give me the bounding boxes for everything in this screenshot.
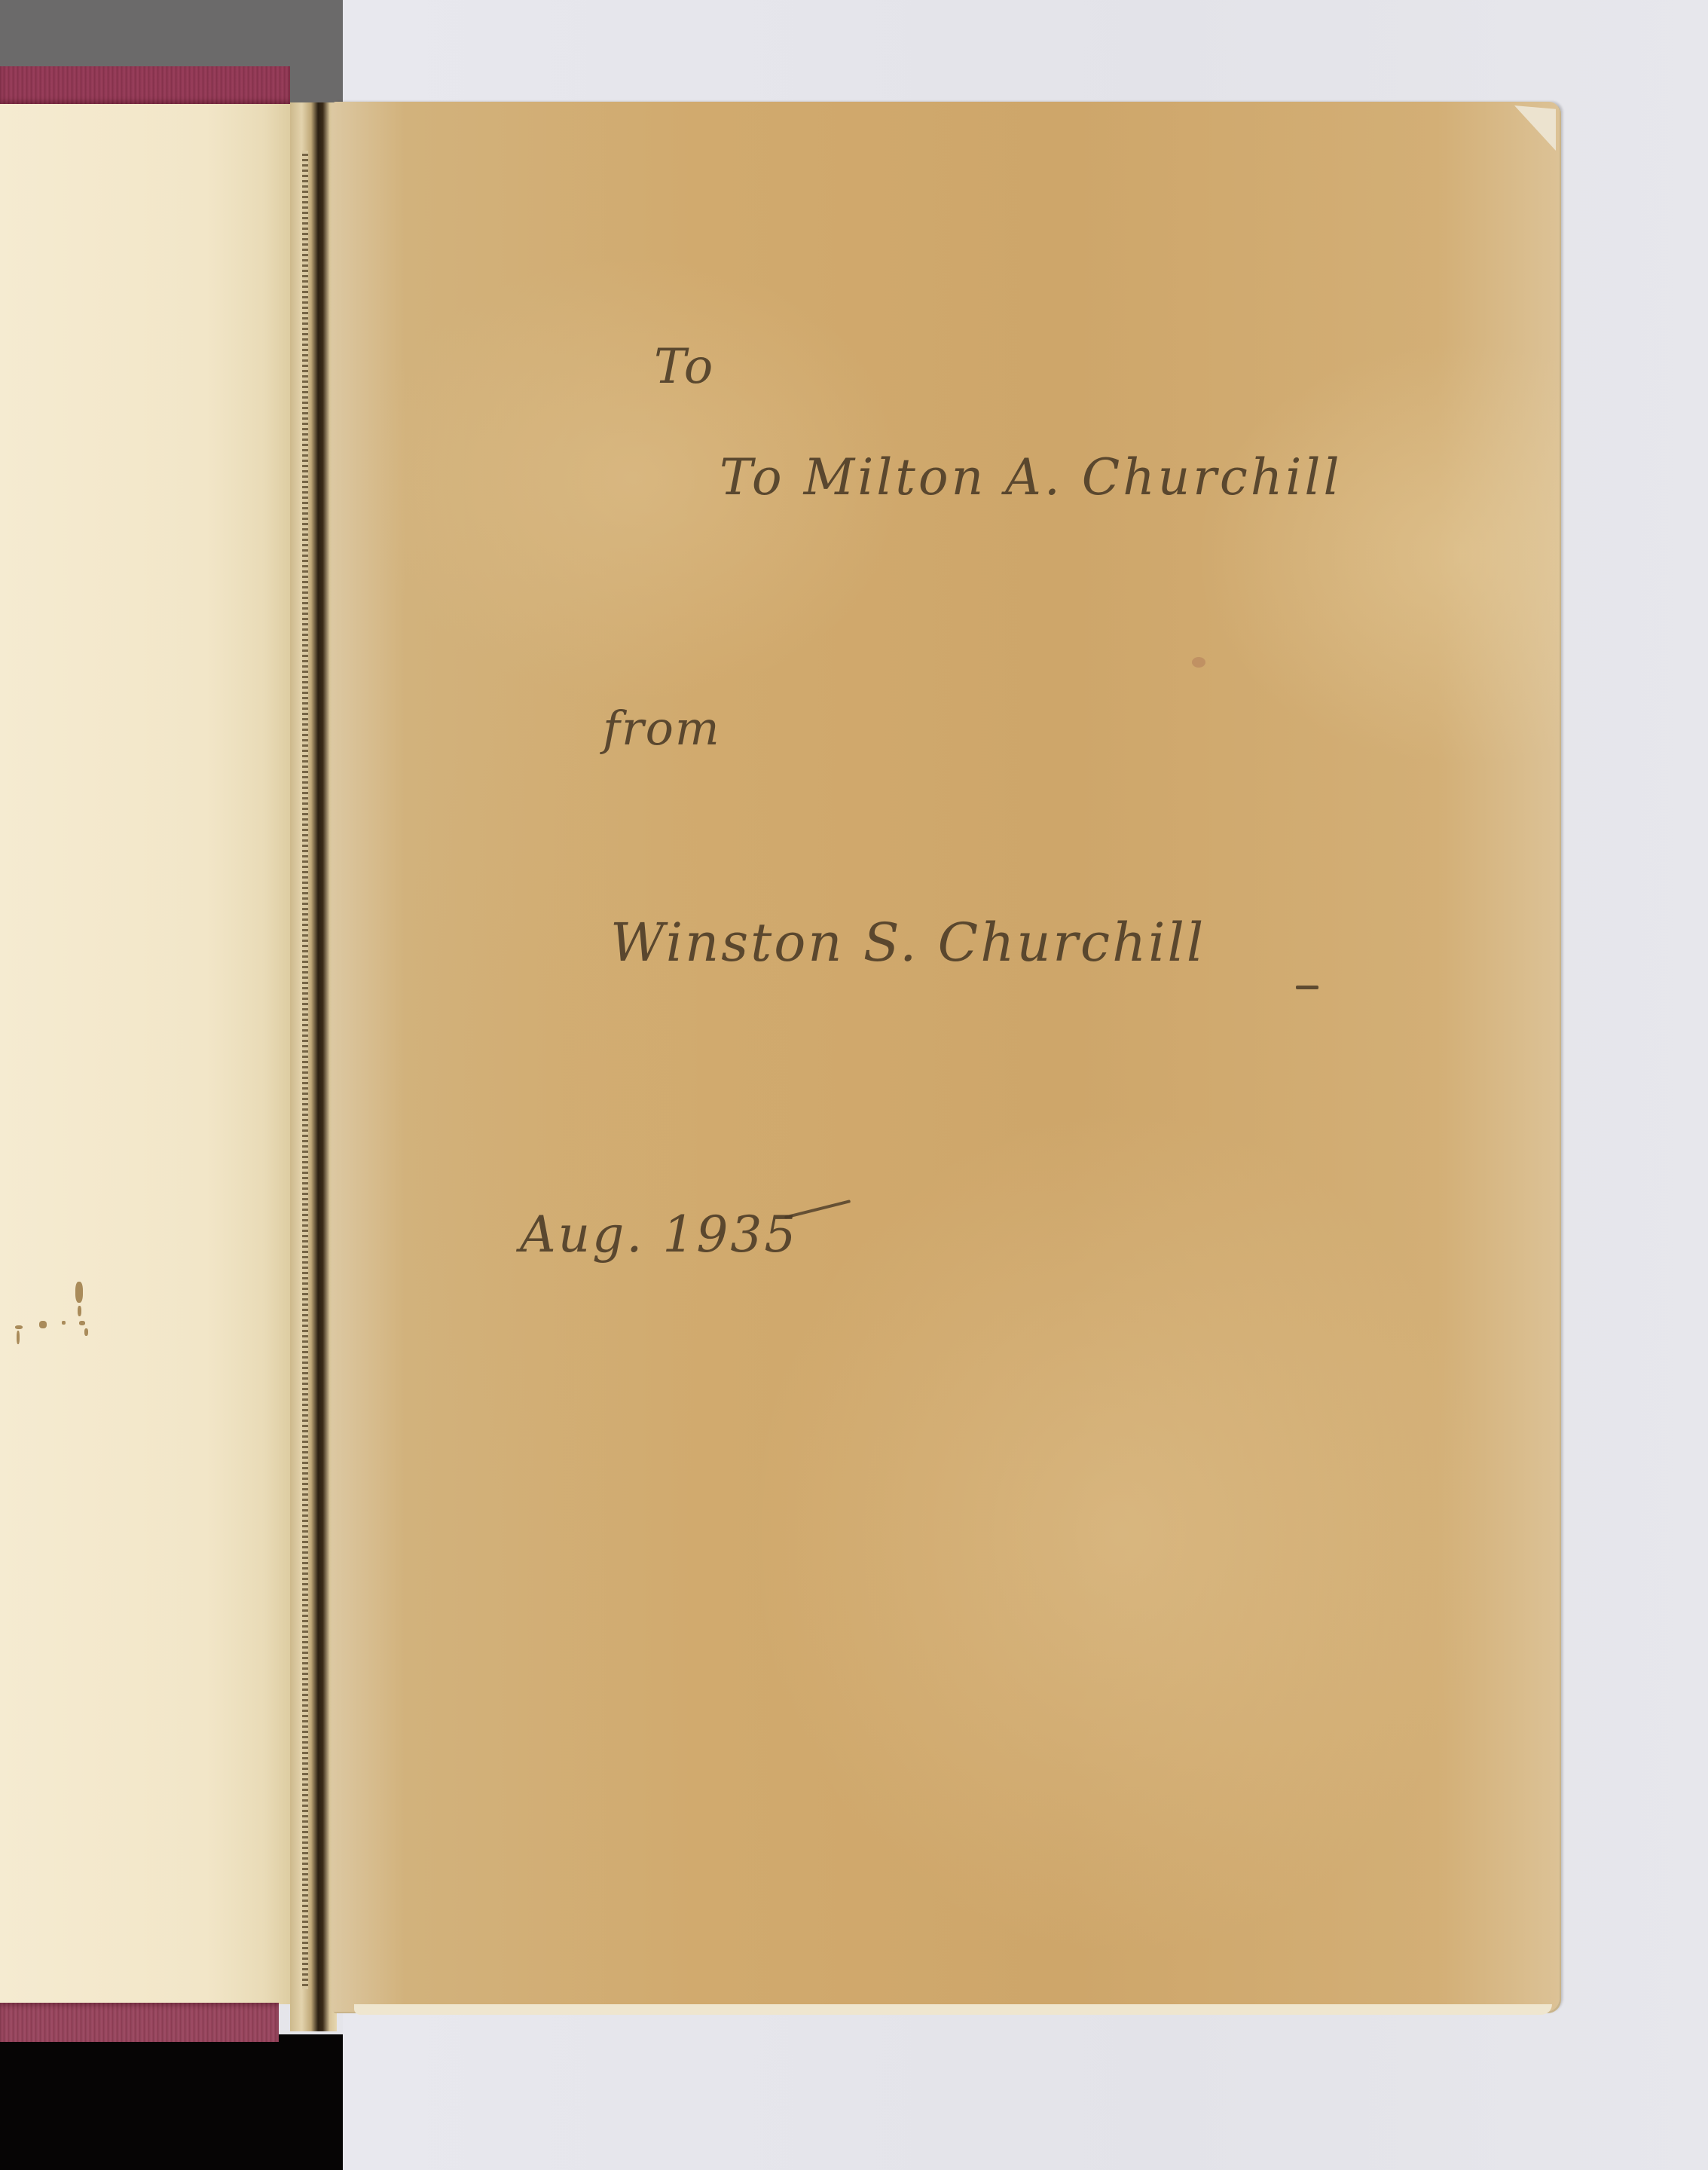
signature-underline [1296, 986, 1318, 989]
inscription-signature: Winston S. Churchill [610, 912, 1205, 973]
cover-cloth-bottom-edge [0, 2003, 279, 2042]
cover-cloth-top-edge [0, 66, 290, 104]
ink-stain-marks [53, 1282, 98, 1346]
book-spine-gutter [290, 102, 337, 2031]
foxing-spot [1192, 657, 1205, 668]
page-bottom-edge [354, 2004, 1552, 2015]
inscription-from: from [603, 701, 721, 756]
binding-stitches [302, 151, 308, 1989]
scan-background-black [0, 2034, 343, 2170]
inscription-date: Aug. 1935 [520, 1206, 798, 1264]
flyleaf-page [332, 102, 1560, 2012]
inscription-to: To [654, 339, 714, 395]
inside-cover-page [0, 102, 294, 2004]
inscription-recipient: To Milton A. Churchill [720, 448, 1343, 506]
